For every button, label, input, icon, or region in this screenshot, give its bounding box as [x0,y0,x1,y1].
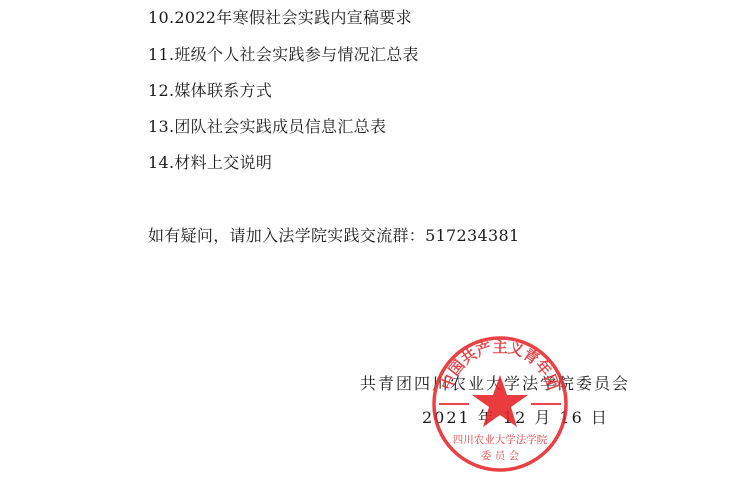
attachment-text: 材料上交说明 [174,153,272,172]
svg-text:四川农业大学法学院: 四川农业大学法学院 [453,433,548,446]
attachment-item-13: 13.团队社会实践成员信息汇总表 [148,117,386,137]
attachment-item-14: 14.材料上交说明 [148,153,272,173]
signature-date: 2021 年 12 月 16 日 [422,408,609,428]
contact-note: 如有疑问，请加入法学院实践交流群：517234381 [148,226,519,246]
official-seal-stamp: 中国共产主义青年团 四川农业大学法学院 委 员 会 [431,335,569,473]
attachment-number: 13. [148,117,174,136]
attachment-text: 2022年寒假社会实践内宣稿要求 [174,8,412,27]
attachment-number: 11. [148,45,174,64]
svg-text:委 员 会: 委 员 会 [481,449,520,462]
attachment-number: 10. [148,8,174,27]
attachment-number: 12. [148,81,174,100]
attachment-text: 班级个人社会实践参与情况汇总表 [174,45,419,64]
attachment-text: 媒体联系方式 [174,81,272,100]
signature-organization: 共青团四川农业大学法学院委员会 [360,374,630,394]
attachment-item-10: 10.2022年寒假社会实践内宣稿要求 [148,8,412,28]
attachment-text: 团队社会实践成员信息汇总表 [174,117,386,136]
attachment-number: 14. [148,153,174,172]
attachment-item-12: 12.媒体联系方式 [148,81,272,101]
attachment-item-11: 11.班级个人社会实践参与情况汇总表 [148,45,419,65]
